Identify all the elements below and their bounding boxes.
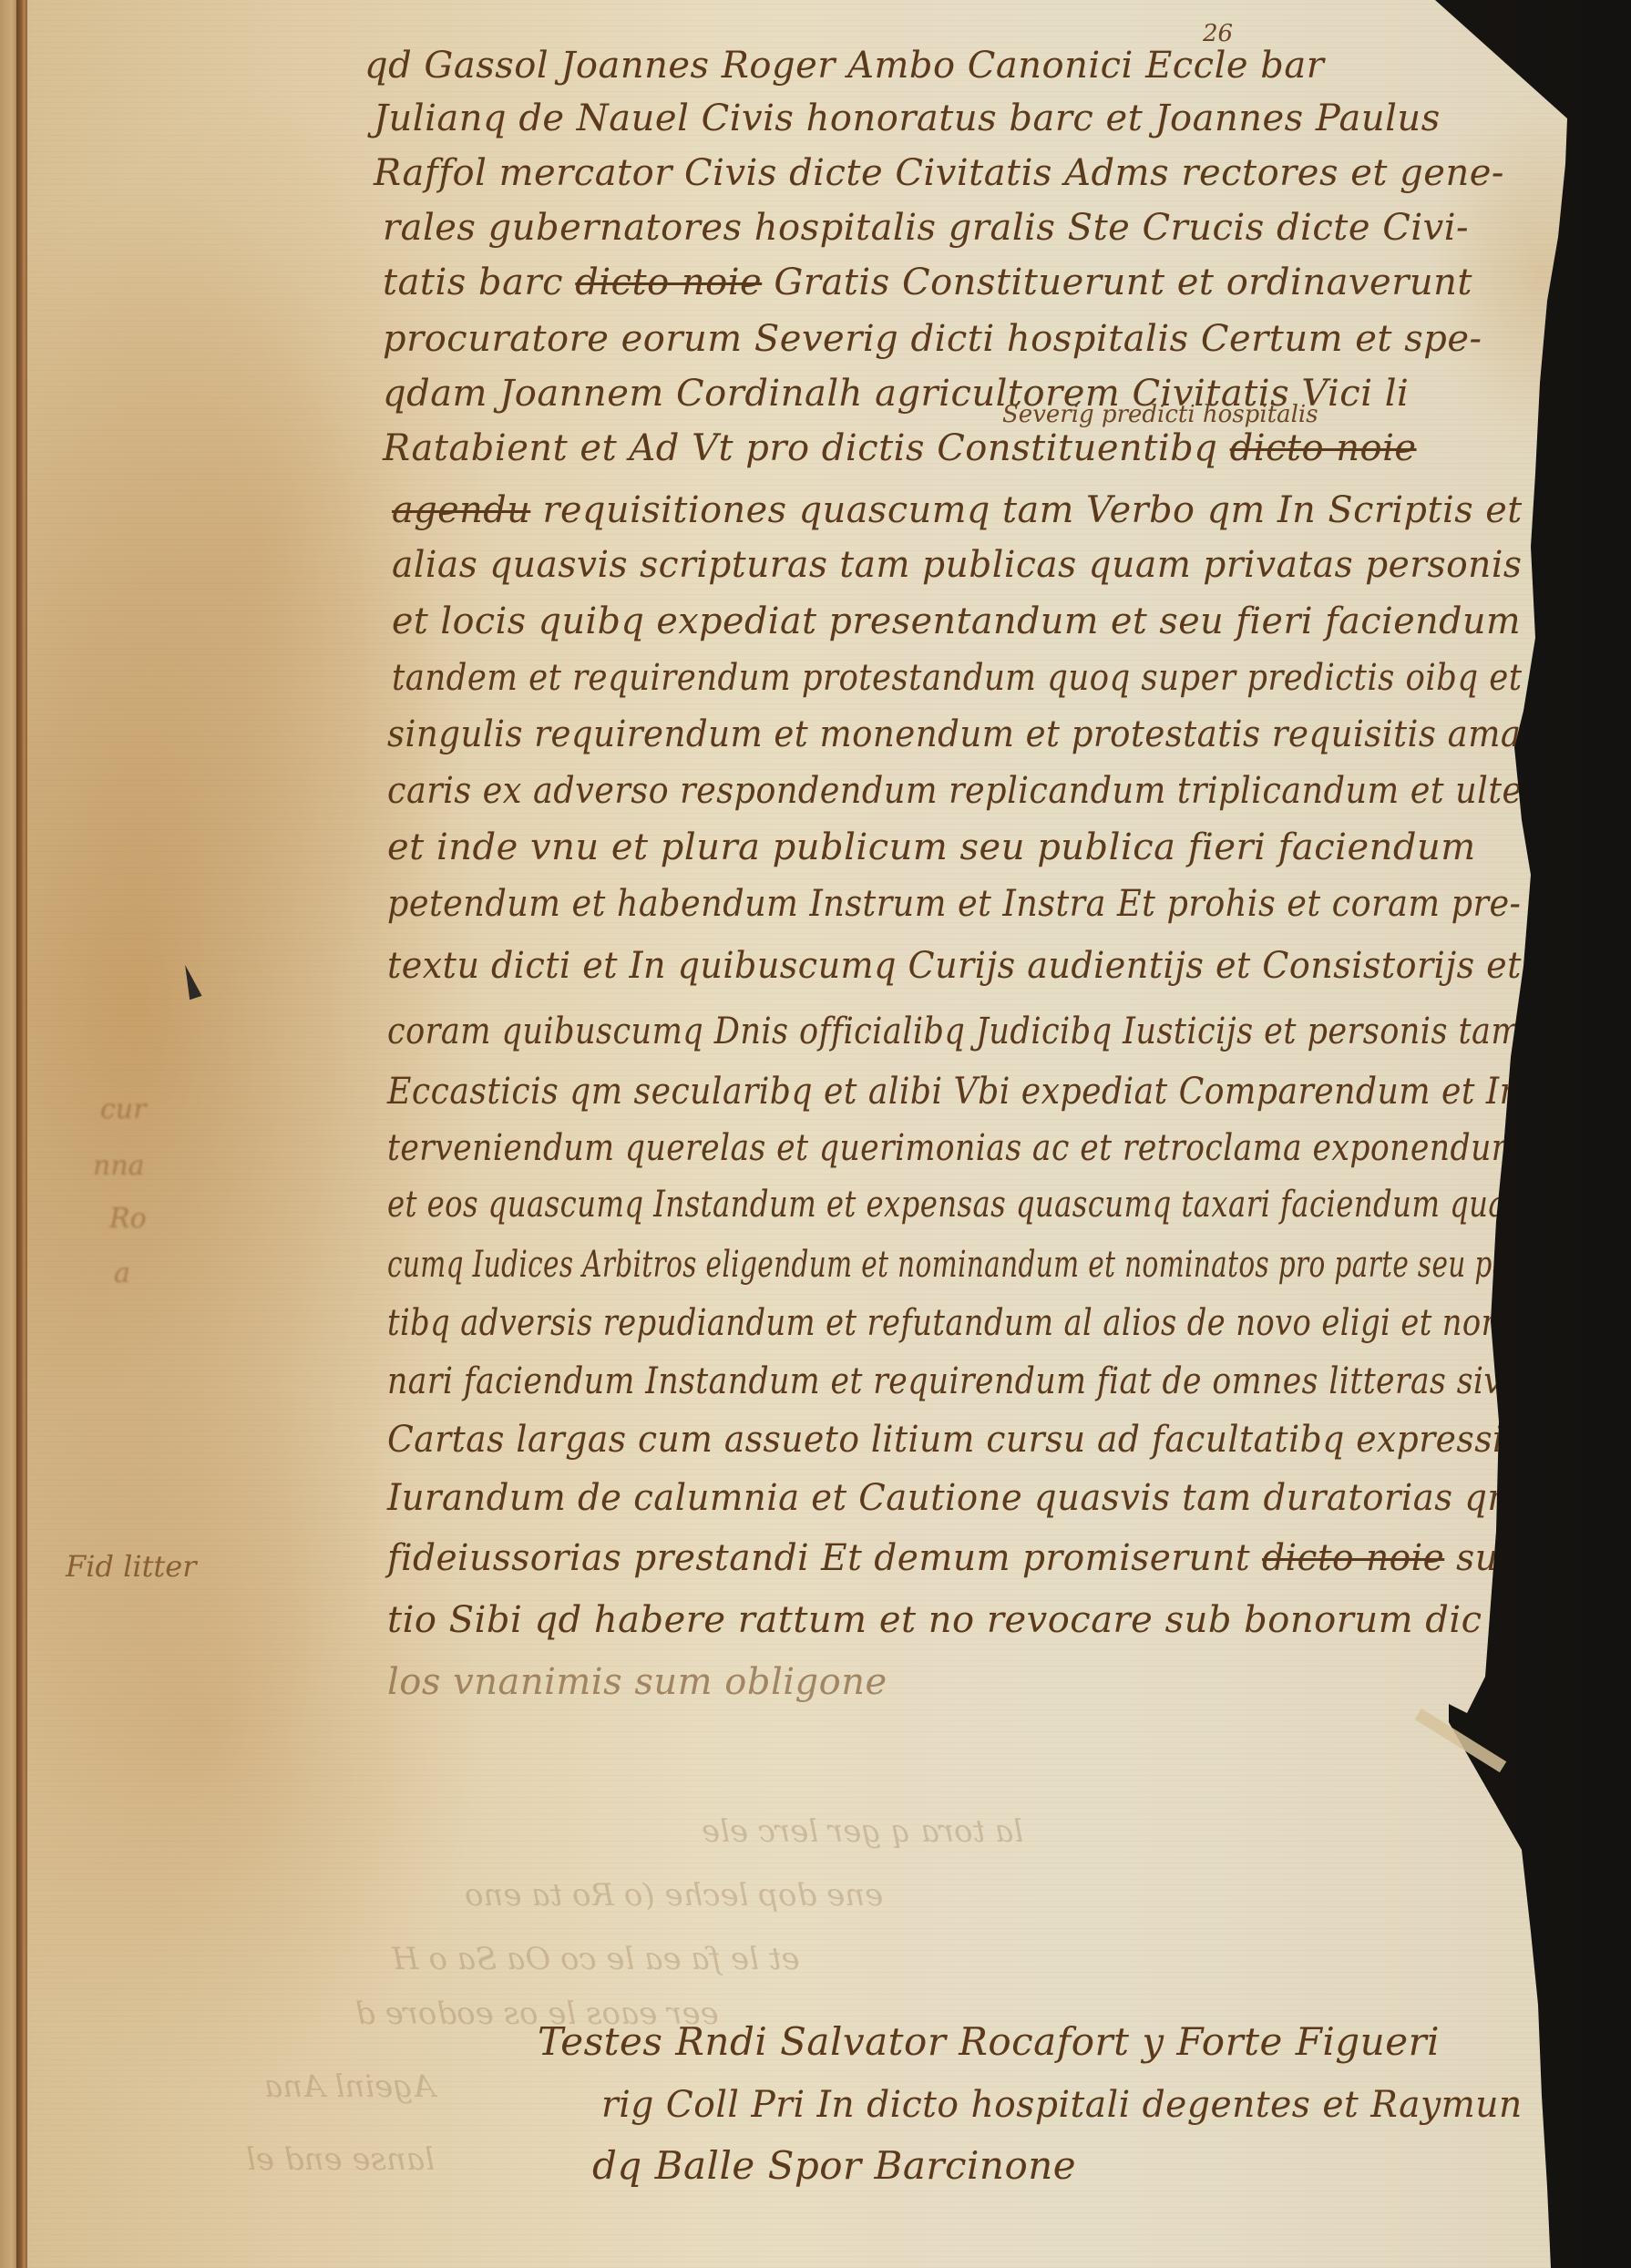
witness-line-1: Testes Rndi Salvator Rocafort y Forte Fi…	[538, 2023, 1440, 2061]
manuscript-line-29: los vnanimis sum obligone	[387, 1664, 887, 1700]
manuscript-line-19: Eccasticis qm secularibq et alibi Vbi ex…	[387, 1073, 1521, 1110]
interlinear-annotation: Severig predicti hospitalis	[1002, 401, 1318, 428]
margin-note: Fid litter	[66, 1549, 197, 1584]
bleed-through-text: Ageinl Ana	[264, 2068, 436, 2105]
bleed-through-text: et le fa ea le co Oa Sa o H	[392, 1941, 800, 1977]
bleed-through-text: la tora q ger lerc ele	[702, 1813, 1023, 1850]
margin-stain-text: a	[114, 1257, 130, 1289]
manuscript-line-26: Iurandum de calumnia et Cautione quasvis…	[387, 1480, 1521, 1516]
manuscript-line-12: tandem et requirendum protestandum quoq …	[392, 660, 1522, 696]
manuscript-line-14: caris ex adverso respondendum replicandu…	[387, 773, 1523, 809]
manuscript-line-24: nari faciendum Instandum et requirendum …	[387, 1363, 1521, 1400]
struck-word: agendu	[392, 489, 530, 531]
binding-gutter	[16, 0, 29, 2268]
manuscript-line-21: et eos quascumq Instandum et expensas qu…	[387, 1186, 1522, 1223]
manuscript-line-23: tibq adversis repudiandum et refutandum …	[387, 1305, 1521, 1341]
struck-word: dicto noie	[575, 262, 762, 303]
margin-stain-text: Ro	[109, 1203, 147, 1235]
manuscript-line-18: coram quibuscumq Dnis officialibq Judici…	[387, 1013, 1522, 1050]
manuscript-line-11: et locis quibq expediat presentandum et …	[392, 603, 1521, 640]
folio-number: 26	[1203, 20, 1233, 47]
manuscript-line-3: Raffol mercator Civis dicte Civitatis Ad…	[374, 155, 1504, 191]
manuscript-line-4: rales gubernatores hospitalis gralis Ste…	[383, 210, 1469, 246]
manuscript-line-17: textu dicti et In quibuscumq Curijs audi…	[387, 948, 1522, 984]
manuscript-line-9: agendu requisitiones quascumq tam Verbo …	[392, 492, 1523, 529]
manuscript-line-22: cumq Iudices Arbitros eligendum et nomin…	[387, 1247, 1522, 1283]
manuscript-line-5: tatis barc dicto noie Gratis Constitueru…	[383, 264, 1472, 301]
manuscript-line-27: fideiussorias prestandi Et demum promise…	[387, 1540, 1522, 1576]
manuscript-line-25: Cartas largas cum assueto litium cursu a…	[387, 1421, 1522, 1458]
bleed-through-text: lanse end el	[246, 2141, 435, 2178]
manuscript-line-10: alias quasvis scripturas tam publicas qu…	[392, 547, 1522, 583]
margin-stain-text: nna	[93, 1150, 145, 1182]
manuscript-line-2: Julianq de Nauel Civis honoratus barc et…	[374, 100, 1441, 137]
bleed-through-text: ene dop leche (o Ro ta eno	[465, 1877, 883, 1914]
witness-line-2: rig Coll Pri In dicto hospitali degentes…	[601, 2087, 1523, 2123]
manuscript-line-20: terveniendum querelas et querimonias ac …	[387, 1130, 1522, 1166]
struck-word: dicto noie	[1230, 427, 1417, 469]
manuscript-line-28: tio Sibi qd habere rattum et no revocare…	[387, 1602, 1482, 1638]
manuscript-page: la tora q ger lerc ele ene dop leche (o …	[27, 0, 1576, 2268]
manuscript-line-15: et inde vnu et plura publicum seu public…	[387, 829, 1476, 866]
manuscript-line-16: petendum et habendum Instrum et Instra E…	[387, 886, 1521, 922]
ink-blot	[179, 963, 201, 1000]
manuscript-line-8: Ratabient et Ad Vt pro dictis Constituen…	[383, 430, 1417, 467]
witness-line-3: dq Balle Spor Barcinone	[592, 2147, 1076, 2185]
struck-word: dicto noie	[1262, 1537, 1444, 1579]
margin-stain-text: cur	[100, 1093, 146, 1125]
manuscript-line-1: qd Gassol Joannes Roger Ambo Canonici Ec…	[364, 47, 1324, 84]
manuscript-line-13: singulis requirendum et monendum et prot…	[387, 716, 1522, 753]
manuscript-line-6: procuratore eorum Severig dicti hospital…	[383, 321, 1482, 357]
